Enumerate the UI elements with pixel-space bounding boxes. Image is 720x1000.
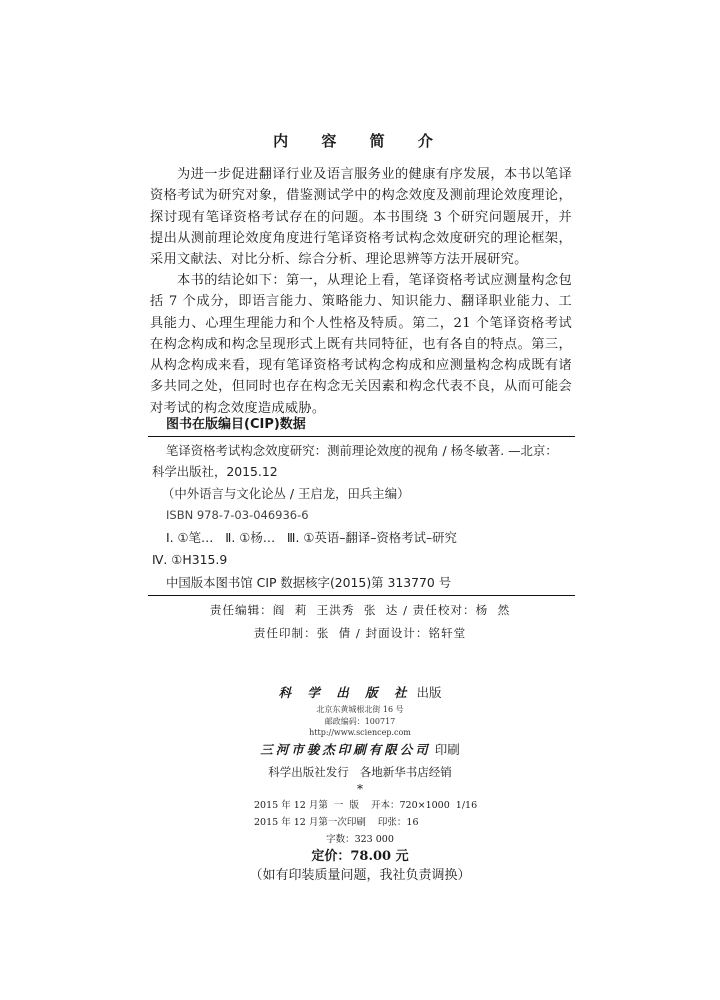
credits-editors: 责任编辑：阎 莉 王洪秀 张 达 / 责任校对：杨 然 (0, 602, 720, 618)
cip-bottom-rule (148, 595, 575, 596)
cip-series-line: （中外语言与文化论丛 / 王启龙，田兵主编） (162, 483, 409, 504)
distribution-line: 科学出版社发行 各地新华书店经销 (0, 764, 720, 780)
cip-isbn: ISBN 978-7-03-046936-6 (166, 505, 309, 526)
publisher-address: 北京东黄城根北街 16 号 (0, 704, 720, 715)
cip-title-line: 笔译资格考试构念效度研究：测前理论效度的视角 / 杨冬敏著. —北京： (166, 440, 558, 461)
cip-top-rule (148, 436, 575, 437)
publisher-name: 科 学 出 版 社 (279, 685, 413, 700)
cip-heading: 图书在版编目(CIP)数据 (166, 413, 306, 432)
summary-paragraph-1: 为进一步促进翻译行业及语言服务业的健康有序发展，本书以笔译资格考试为研究对象，借… (150, 164, 572, 270)
separator-asterisk: * (0, 782, 720, 796)
cip-publisher-line: 科学出版社，2015.12 (152, 461, 278, 482)
printer-suffix: 印刷 (435, 742, 460, 757)
publisher-website: http://www.sciencep.com (0, 728, 720, 737)
quality-notice: （如有印装质量问题，我社负责调换） (0, 864, 720, 883)
price: 定价：78.00 元 (0, 845, 720, 864)
summary-paragraph-2: 本书的结论如下：第一，从理论上看，笔译资格考试应测量构念包括 7 个成分，即语言… (150, 270, 572, 419)
printer-name: 三河市骏杰印刷有限公司 (260, 742, 431, 757)
page-title: 内 容 简 介 (0, 130, 720, 151)
publisher-suffix: 出版 (416, 685, 441, 700)
cip-classification-2: Ⅳ. ①H315.9 (152, 549, 227, 570)
cip-classification-1: Ⅰ. ①笔… Ⅱ. ①杨… Ⅲ. ①英语–翻译–资格考试–研究 (166, 527, 457, 548)
printing-line: 2015 年 12 月第一次印刷 印张：16 (254, 814, 419, 828)
edition-line: 2015 年 12 月第 一 版 开本：720×1000 1/16 (254, 797, 477, 811)
credits-printing: 责任印制：张 倩 / 封面设计：铭轩堂 (0, 625, 720, 641)
publisher-line: 科 学 出 版 社 出版 (0, 683, 720, 701)
cip-number: 中国版本图书馆 CIP 数据核字(2015)第 313770 号 (166, 572, 451, 593)
word-count: 字数：323 000 (0, 831, 720, 845)
printer-line: 三河市骏杰印刷有限公司 印刷 (0, 740, 720, 758)
publisher-postcode: 邮政编码：100717 (0, 716, 720, 727)
